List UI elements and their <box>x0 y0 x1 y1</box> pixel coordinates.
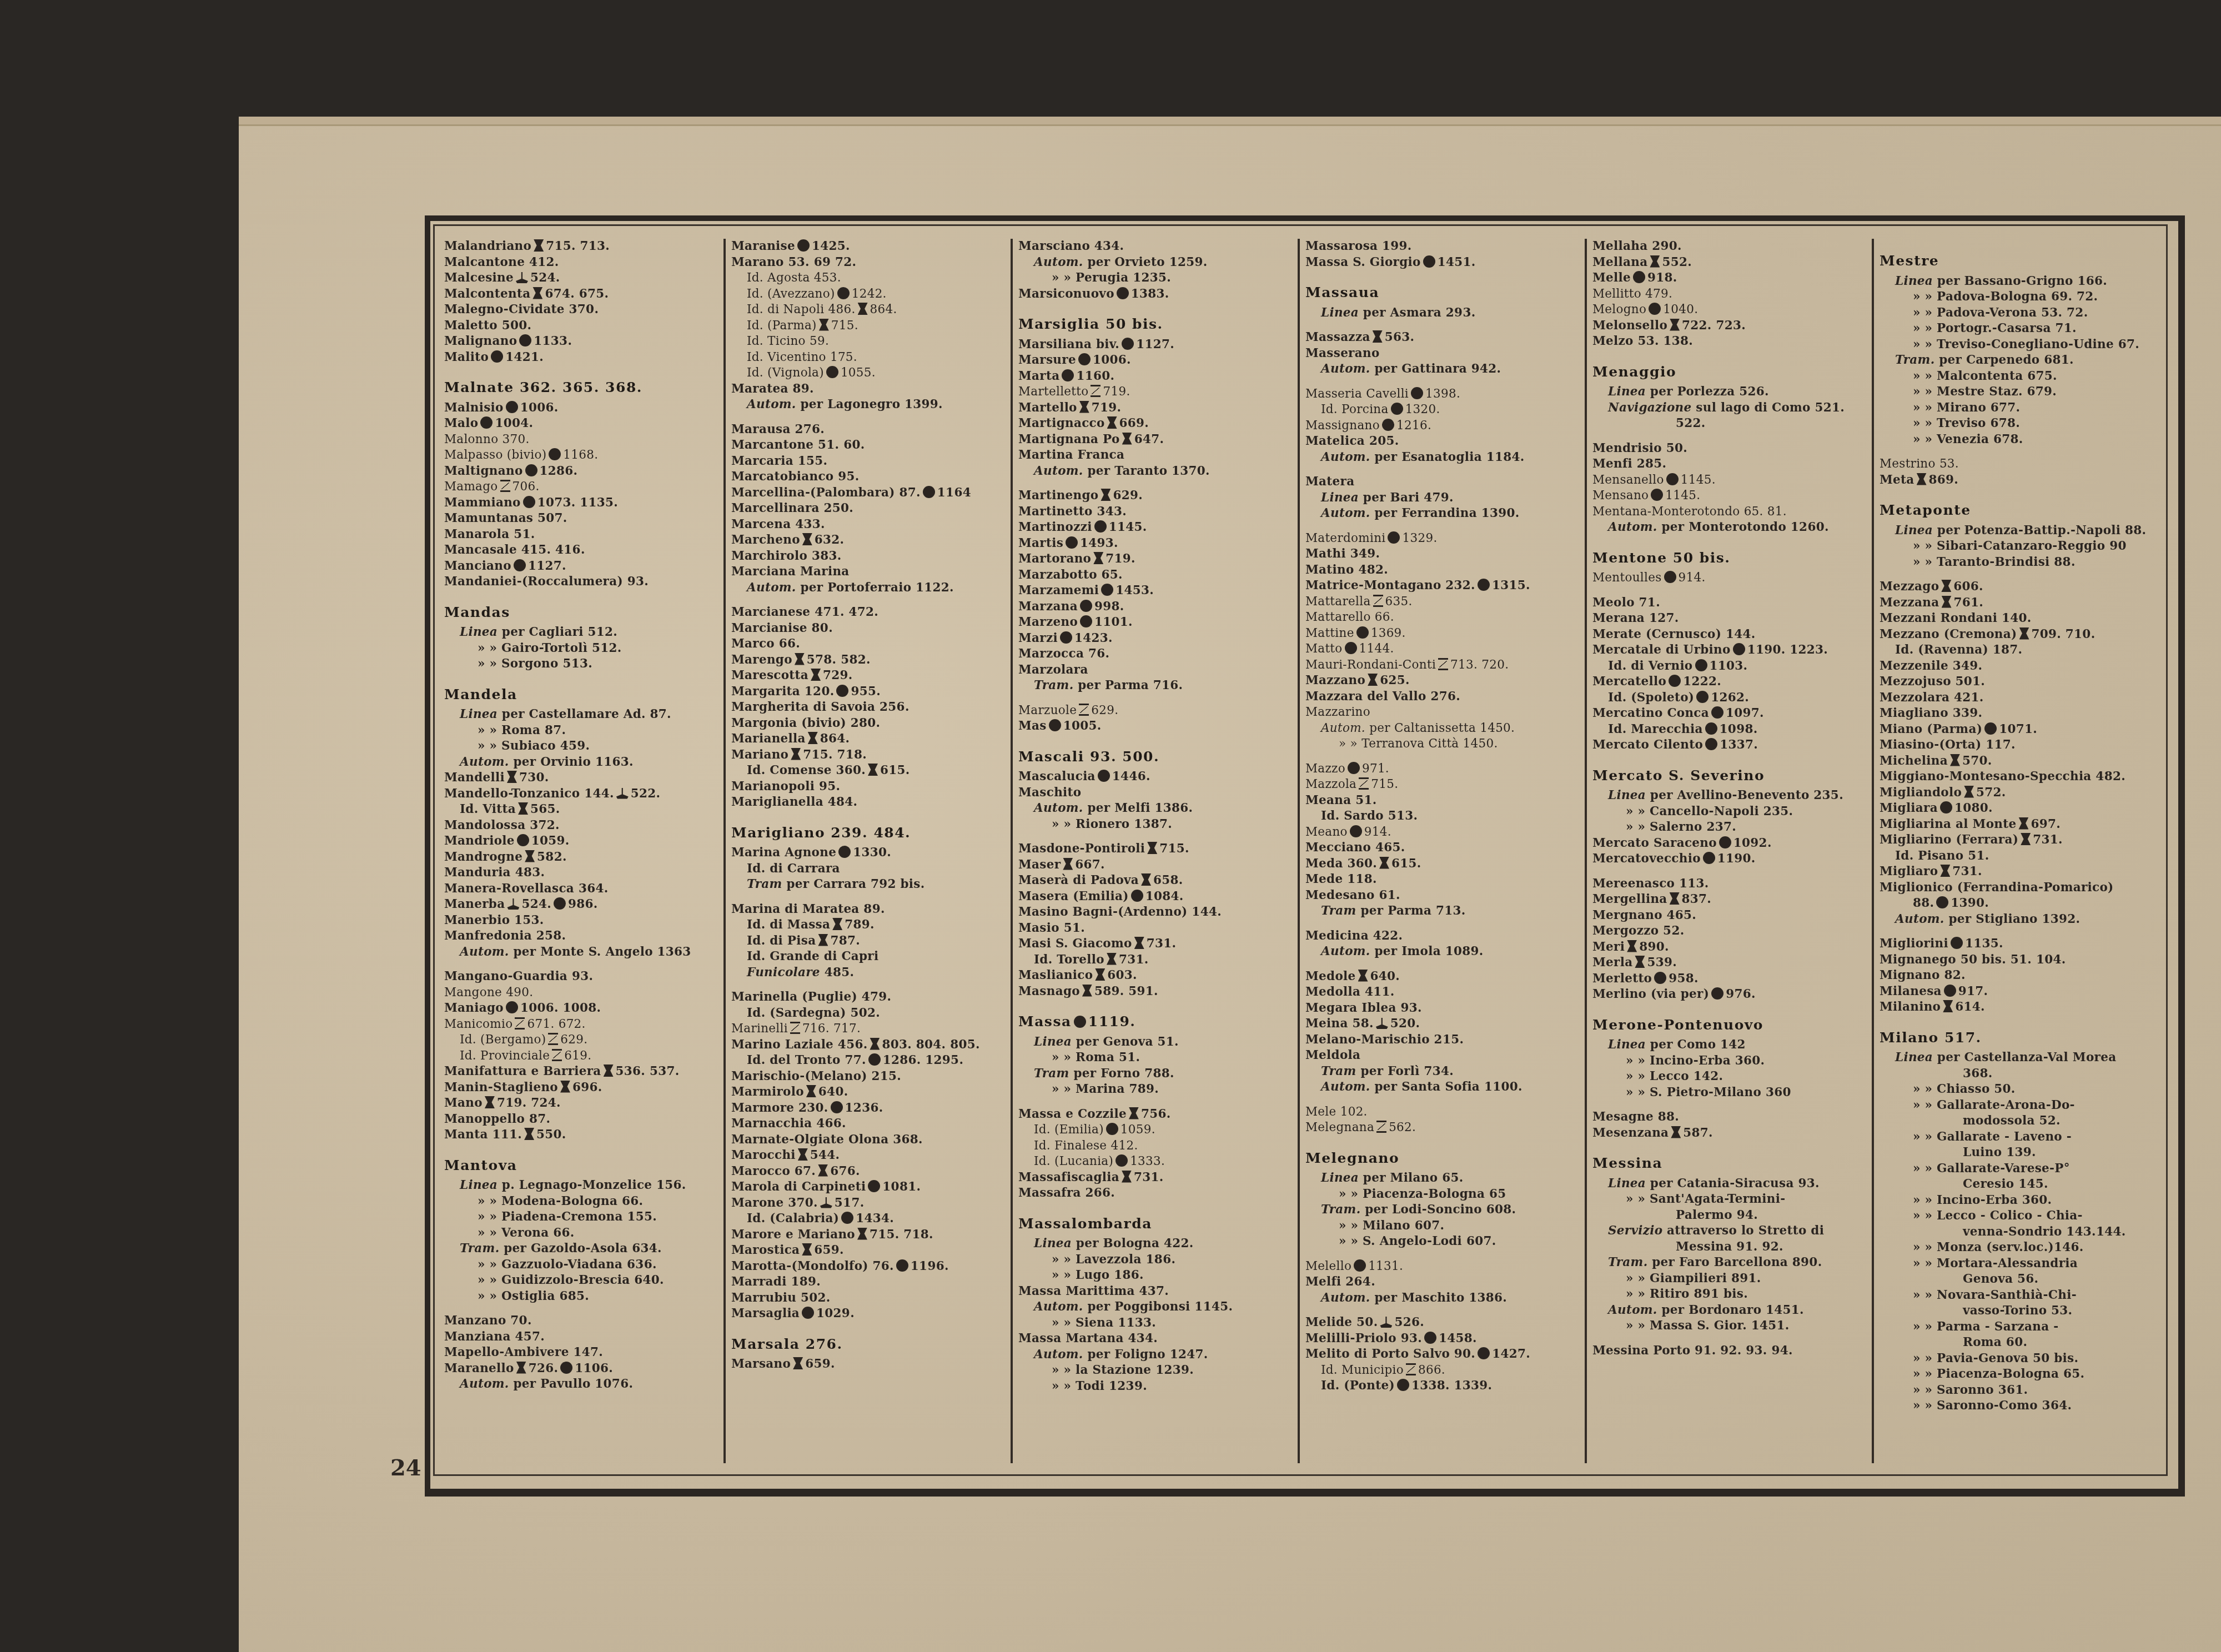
entry-text: Id. di Massa <box>747 918 830 932</box>
entry-text: Maranello <box>444 1362 514 1375</box>
service-type: Autom. <box>1321 362 1370 376</box>
entry-text: Medicina 422. <box>1305 929 1403 943</box>
table-refs: 50 bis. <box>1106 316 1163 332</box>
tram-outline-icon <box>1079 704 1089 716</box>
sub-entry: Id. Agosta 453. <box>731 270 1004 287</box>
entry-text: Marzi <box>1018 631 1058 645</box>
entry-text: Mariglianella 484. <box>731 795 857 809</box>
entry-text: per Caltanissetta 1450. <box>1369 721 1515 735</box>
sub-entry: Id. Porcina1320. <box>1305 402 1578 418</box>
entry-text: Martignana Po <box>1018 433 1120 446</box>
entry-text: » » Cancello-Napoli 235. <box>1626 805 1793 819</box>
sub-entry: » » Parma - Sarzana - <box>1880 1319 2154 1335</box>
table-refs: 731. <box>1119 953 1149 967</box>
sub-entry: Linea p. Legnago-Monzelice 156. <box>444 1178 717 1194</box>
index-entry: Malonno 370. <box>444 432 717 448</box>
spacer <box>731 981 1004 990</box>
tram-icon <box>1107 416 1117 429</box>
table-refs: 1144. <box>1359 642 1394 656</box>
table-refs: 1005. <box>1063 719 1102 733</box>
service-type: Autom. <box>747 398 796 411</box>
table-refs: 1421. <box>505 350 544 364</box>
spacer <box>1018 832 1291 841</box>
service-type: Servizio <box>1608 1224 1662 1238</box>
entry-text: Marco 66. <box>731 637 800 651</box>
sub-entry: » » Treviso 678. <box>1880 416 2154 432</box>
bus-icon <box>1984 722 1997 735</box>
service-type: Autom. <box>1321 721 1365 735</box>
entry-text: Marcianise 80. <box>731 621 833 635</box>
spacer <box>731 413 1004 422</box>
service-type: Tram. <box>1034 679 1073 692</box>
entry-text: Massignano <box>1305 419 1380 433</box>
table-refs: 1390. <box>1951 896 1989 910</box>
sub-entry: Autom. per Monte S. Angelo 1363 <box>444 945 717 961</box>
entry-text: per Santa Sofia 1100. <box>1374 1080 1522 1094</box>
entry-text: » » Modena-Bologna 66. <box>478 1194 643 1208</box>
entry-text: Maltignano <box>444 464 523 478</box>
entry-text: per Castellamare Ad. 87. <box>502 707 671 721</box>
sub-entry: » » Malcontenta 675. <box>1880 369 2154 385</box>
index-entry: Mancasale 415. 416. <box>444 543 717 559</box>
index-entry: Marsure1006. <box>1018 353 1291 369</box>
entry-text: Mazzarino <box>1305 705 1370 719</box>
sub-entry: vasso-Torino 53. <box>1880 1303 2154 1319</box>
entry-text: Manzano 70. <box>444 1314 532 1328</box>
index-column-2: Maranise1425.Marano 53. 69 72.Id. Agosta… <box>726 239 1013 1463</box>
entry-text: » » Terranova Città 1450. <box>1339 737 1498 751</box>
bus-icon <box>554 897 566 910</box>
sub-entry: » » Pavia-Genova 50 bis. <box>1880 1351 2154 1367</box>
sub-entry: Autom. per Maschito 1386. <box>1305 1291 1578 1307</box>
index-entry: Mergellina837. <box>1592 892 1865 908</box>
entry-text: attraverso lo Stretto di <box>1667 1224 1824 1238</box>
bus-icon <box>514 559 526 571</box>
index-entry: Martinengo629. <box>1018 488 1291 504</box>
sub-entry: Id. Finalese 412. <box>1018 1138 1291 1154</box>
service-type: Tram. <box>1321 1203 1360 1217</box>
bus-icon <box>1651 489 1663 501</box>
table-refs: 1320. <box>1405 403 1440 416</box>
sub-entry: Linea per Catania-Siracusa 93. <box>1592 1176 1865 1192</box>
index-entry: Mellaha 290. <box>1592 239 1865 255</box>
index-entry: Melfi 264. <box>1305 1274 1578 1291</box>
bus-icon <box>1080 600 1092 612</box>
sub-entry: Tram per Forlì 734. <box>1305 1064 1578 1080</box>
sub-entry: Autom. per Santa Sofia 1100. <box>1305 1079 1578 1096</box>
bus-icon <box>1666 473 1679 485</box>
index-entry: Melello1131. <box>1305 1259 1578 1275</box>
entry-text: » » Chiasso 50. <box>1913 1082 2016 1096</box>
sub-entry: Luino 139. <box>1880 1145 2154 1161</box>
entry-text: per Parma 713. <box>1360 904 1465 918</box>
spacer <box>1018 1098 1291 1107</box>
table-refs: 1383. <box>1131 287 1169 301</box>
index-entry: Marcellinara 250. <box>731 501 1004 517</box>
index-entry: Marcheno632. <box>731 533 1004 549</box>
sub-entry: » » Mortara-Alessandria <box>1880 1256 2154 1272</box>
table-refs: 1493. <box>1080 536 1118 550</box>
tram-icon <box>802 533 812 545</box>
index-entry: Meldola <box>1305 1048 1578 1064</box>
table-refs: 570. <box>1962 754 1992 768</box>
service-type: Tram <box>747 877 782 891</box>
entry-text: Mazzo <box>1305 762 1345 776</box>
bus-icon <box>1703 852 1715 864</box>
entry-text: per Avellino-Benevento 235. <box>1650 789 1843 802</box>
sub-entry: Autom. per Orvieto 1259. <box>1018 255 1291 271</box>
entry-text: Massafra 266. <box>1018 1186 1115 1200</box>
sub-entry: Ceresio 145. <box>1880 1177 2154 1193</box>
table-refs: 1458. <box>1439 1332 1477 1345</box>
entry-text: » » Roma 87. <box>478 724 566 737</box>
entry-text: Marsciano 434. <box>1018 239 1124 253</box>
bus-icon <box>1669 675 1681 687</box>
entry-text: Marzabotto 65. <box>1018 568 1123 582</box>
sub-entry: » » Portogr.-Casarsa 71. <box>1880 321 2154 337</box>
bus-icon <box>826 366 838 378</box>
entry-text: 88. <box>1913 896 1934 910</box>
sub-entry: » » Saronno 361. <box>1880 1383 2154 1399</box>
table-refs: 726. <box>529 1362 559 1375</box>
sub-entry: Autom. per Orvinio 1163. <box>444 755 717 771</box>
station-heading: Milano 517. <box>1880 1030 2154 1046</box>
table-refs: 803. 804. 805. <box>882 1038 979 1052</box>
service-type: Linea <box>1321 491 1359 505</box>
entry-text: Miano (Parma) <box>1880 722 1982 736</box>
tram-icon <box>1650 255 1660 268</box>
sub-entry: Autom. per Foligno 1247. <box>1018 1347 1291 1363</box>
entry-text: Michelina <box>1880 754 1948 768</box>
tram-outline-icon <box>1359 777 1369 790</box>
entry-text: » » Novara-Santhià-Chi- <box>1913 1288 2077 1302</box>
index-entry: Mecciano 465. <box>1305 840 1578 856</box>
station-heading: Messina <box>1592 1156 1865 1172</box>
table-refs: 706. <box>512 480 540 494</box>
table-refs: 239. 484. <box>831 825 911 841</box>
entry-text: Id. Municipio <box>1321 1363 1404 1377</box>
entry-text: Mezzani Rondani 140. <box>1880 611 2032 625</box>
index-entry: Marsiliana biv.1127. <box>1018 337 1291 353</box>
entry-text: Martina Franca <box>1018 448 1124 462</box>
index-entry: Marcaria 155. <box>731 454 1004 470</box>
entry-text: Marina di Maratea 89. <box>731 902 885 916</box>
index-entry: Marnate-Olgiate Olona 368. <box>731 1132 1004 1148</box>
index-entry: Mauri-Rondani-Conti713. 720. <box>1305 657 1578 674</box>
entry-text: » » Todi 1239. <box>1052 1379 1147 1393</box>
entry-text: Manduria 483. <box>444 866 545 880</box>
table-refs: 914. <box>1364 825 1391 839</box>
entry-text: Id. (Calabria) <box>747 1212 839 1226</box>
entry-text: Mellitto 479. <box>1592 287 1672 301</box>
bus-icon <box>1478 579 1490 591</box>
entry-text: » » Treviso 678. <box>1913 416 2020 430</box>
entry-text: » » Ritiro 891 bis. <box>1626 1287 1748 1301</box>
spacer <box>1880 570 2154 579</box>
tram-icon <box>791 748 801 760</box>
index-entry: Martorano719. <box>1018 551 1291 568</box>
entry-text: Mancasale 415. 416. <box>444 543 585 557</box>
sub-entry: Autom. per Taranto 1370. <box>1018 464 1291 480</box>
entry-text: Massarosa 199. <box>1305 239 1412 253</box>
sub-entry: » » Ostiglia 685. <box>444 1289 717 1305</box>
entry-text: Marrubiu 502. <box>731 1291 831 1305</box>
entry-text: Id. Porcina <box>1321 403 1389 416</box>
entry-text: Margherita di Savoia 256. <box>731 700 909 714</box>
tram-icon <box>857 1228 867 1240</box>
table-refs: 676. <box>830 1164 860 1178</box>
entry-text: Marnate-Olgiate Olona 368. <box>731 1133 923 1147</box>
index-entry: Marengo578. 582. <box>731 652 1004 669</box>
index-entry: Manicomio671. 672. <box>444 1017 717 1033</box>
index-entry: Marinelli716. 717. <box>731 1021 1004 1037</box>
index-entry: Malito1421. <box>444 350 717 366</box>
entry-text: » » Venezia 678. <box>1913 433 2023 446</box>
entry-text: Massazza <box>1305 330 1370 344</box>
service-type: Autom. <box>1321 945 1370 958</box>
bus-icon <box>802 1307 814 1319</box>
tram-icon <box>806 1085 816 1097</box>
entry-text: Migliandolo <box>1880 786 1962 800</box>
index-entry: Malcesine524. <box>444 270 717 287</box>
sub-entry: » » Incino-Erba 360. <box>1880 1193 2154 1209</box>
sub-entry: » » Perugia 1235. <box>1018 270 1291 287</box>
table-refs: 1145. <box>1681 473 1716 487</box>
sub-entry: Id. di Massa789. <box>731 917 1004 933</box>
station-heading: Mercato S. Severino <box>1592 768 1865 784</box>
table-refs: 640. <box>818 1085 848 1099</box>
sub-entry: Id. Ticino 59. <box>731 334 1004 350</box>
index-entry: Mezzojuso 501. <box>1880 674 2154 690</box>
entry-text: Malpasso (bivio) <box>444 448 546 462</box>
sub-entry: Linea per Asmara 293. <box>1305 305 1578 322</box>
entry-text: Meda 360. <box>1305 857 1377 871</box>
index-entry: Marzi1423. <box>1018 631 1291 647</box>
sub-entry: » » Milano 607. <box>1305 1218 1578 1234</box>
entry-text: Mano <box>444 1096 483 1110</box>
station-heading: Marigliano 239. 484. <box>731 825 1004 841</box>
spacer <box>1305 960 1578 969</box>
index-entry: Mapello-Ambivere 147. <box>444 1345 717 1361</box>
table-refs: 522. <box>631 787 661 801</box>
index-entry: Manifattura e Barriera536. 537. <box>444 1064 717 1080</box>
tram-icon <box>1082 985 1092 997</box>
service-type: Autom. <box>1321 1080 1370 1094</box>
station-heading: Massaua <box>1305 285 1578 301</box>
bus-icon <box>1388 531 1400 544</box>
index-entry: Marostica659. <box>731 1243 1004 1259</box>
index-entry: Maletto 500. <box>444 318 717 334</box>
spacer <box>1305 920 1578 928</box>
entry-text: Mezzano (Cremona) <box>1880 627 2017 641</box>
index-entry: Mezzago606. <box>1880 579 2154 595</box>
sub-entry: Id. Grande di Capri <box>731 949 1004 965</box>
sub-entry: Palermo 94. <box>1592 1208 1865 1224</box>
entry-text: » » Saronno-Como 364. <box>1913 1399 2072 1413</box>
entry-text: Id. (Emilia) <box>1034 1123 1104 1137</box>
sub-entry: » » Gallarate - Laveno - <box>1880 1129 2154 1146</box>
bus-icon <box>831 1101 843 1113</box>
index-entry: Mattarella635. <box>1305 594 1578 610</box>
bus-icon <box>868 1053 881 1066</box>
index-entry: Marone 370.517. <box>731 1196 1004 1212</box>
entry-text: Mestrino 53. <box>1880 457 1959 471</box>
entry-text: Malito <box>444 350 489 364</box>
entry-text: Mandaniei-(Roccalumera) 93. <box>444 575 649 589</box>
sub-entry: Id. (Bergamo)629. <box>444 1032 717 1048</box>
entry-text: Malonno 370. <box>444 433 530 446</box>
tram-icon <box>1635 956 1645 968</box>
sub-entry: Id. (Ravenna) 187. <box>1880 642 2154 659</box>
sub-entry: Id. Marecchia1098. <box>1592 722 1865 738</box>
table-refs: 50 bis. <box>1673 550 1731 566</box>
tram-icon <box>802 1243 812 1256</box>
bus-icon <box>1423 255 1435 268</box>
entry-text: modossola 52. <box>1963 1114 2061 1128</box>
sub-entry: Linea per Bari 479. <box>1305 490 1578 506</box>
table-refs: 976. <box>1726 987 1756 1001</box>
index-entry: Merletto958. <box>1592 971 1865 987</box>
entry-text: Mandrogne <box>444 850 522 864</box>
index-entry: Manzano 70. <box>444 1313 717 1329</box>
table-refs: 1425. <box>812 239 850 253</box>
sub-entry: » » Modena-Bologna 66. <box>444 1194 717 1210</box>
tram-icon <box>1141 873 1151 886</box>
entry-text: Miglionico (Ferrandina-Pomarico) <box>1880 881 2114 895</box>
entry-text: » » Gallarate-Arona-Do- <box>1913 1098 2075 1112</box>
index-entry: Migliarino (Ferrara)731. <box>1880 832 2154 848</box>
sub-entry: Autom. per Pavullo 1076. <box>444 1377 717 1393</box>
table-refs: 563. <box>1385 330 1415 344</box>
index-entry: Martis1493. <box>1018 536 1291 552</box>
bus-icon <box>1411 387 1423 399</box>
index-entry: Malnisio1006. <box>444 400 717 416</box>
entry-text: Marano 53. 69 72. <box>731 255 856 269</box>
sub-entry: Tram per Carrara 792 bis. <box>731 877 1004 893</box>
index-entry: Marradi 189. <box>731 1274 1004 1291</box>
entry-text: Marzeno <box>1018 615 1078 629</box>
entry-text: Mellaha 290. <box>1592 239 1682 253</box>
table-refs: 524. <box>521 897 551 911</box>
spacer <box>1592 432 1865 441</box>
table-refs: 669. <box>1119 416 1149 430</box>
sub-entry: Roma 60. <box>1880 1335 2154 1351</box>
index-entry: Marmore 230.1236. <box>731 1101 1004 1117</box>
table-refs: 1145. <box>1109 520 1147 534</box>
entry-text: per Lagonegro 1399. <box>800 398 942 411</box>
entry-text: Medolla 411. <box>1305 985 1395 999</box>
entry-text: » » Treviso-Conegliano-Udine 67. <box>1913 338 2139 352</box>
index-entry: Marzabotto 65. <box>1018 568 1291 584</box>
table-refs: 731. <box>1952 865 1982 878</box>
entry-text: Id. Vicentino 175. <box>747 350 857 364</box>
heading-name: Merone-Pontenuovo <box>1592 1017 1763 1033</box>
index-entry: Marina Agnone1330. <box>731 845 1004 861</box>
entry-text: Manarola 51. <box>444 528 535 541</box>
index-entry: Marzeno1101. <box>1018 615 1291 631</box>
table-refs: 582. <box>537 850 567 864</box>
entry-text: Marcatobianco 95. <box>731 470 860 484</box>
index-entry: Marcantone 51. 60. <box>731 438 1004 454</box>
table-refs: 1216. <box>1396 419 1431 433</box>
index-entry: Martignana Po647. <box>1018 432 1291 448</box>
entry-text: Mangano-Guardia 93. <box>444 970 593 983</box>
entry-text: Mezzojuso 501. <box>1880 675 1985 689</box>
entry-text: » » Piacenza-Bologna 65 <box>1339 1187 1506 1201</box>
entry-text: Marciana Marina <box>731 565 850 579</box>
entry-text: per Forlì 734. <box>1360 1064 1454 1078</box>
station-heading: Mestre <box>1880 253 2154 269</box>
entry-text: Id. (Parma) <box>747 319 817 333</box>
index-entry: Manera-Rovellasca 364. <box>444 881 717 897</box>
entry-text: Merate (Cernusco) 144. <box>1592 627 1756 641</box>
sub-entry: Tram. per Faro Barcellona 890. <box>1592 1255 1865 1271</box>
bus-icon <box>1649 303 1661 315</box>
index-entry: Manfredonia 258. <box>444 928 717 945</box>
entry-text: p. Legnago-Monzelice 156. <box>502 1178 686 1192</box>
index-entry: Margonia (bivio) 280. <box>731 716 1004 732</box>
sub-entry: Linea per Genova 51. <box>1018 1035 1291 1051</box>
sub-entry: » » Piacenza-Bologna 65. <box>1880 1367 2154 1383</box>
tram-icon <box>1134 937 1144 949</box>
table-refs: 1423. <box>1074 631 1113 645</box>
bus-icon <box>1094 520 1107 533</box>
table-refs: 1160. <box>1076 369 1114 383</box>
table-refs: 1196. <box>911 1259 949 1273</box>
index-entry: Mercatino Conca1097. <box>1592 706 1865 722</box>
index-entry: Mellana552. <box>1592 255 1865 271</box>
index-entry: Mandello-Tonzanico 144.522. <box>444 786 717 802</box>
entry-text: Mesenzana <box>1592 1126 1669 1140</box>
index-entry: Masseria Cavelli1398. <box>1305 386 1578 403</box>
service-type: Linea <box>1895 524 1933 538</box>
entry-text: Melegnana <box>1305 1121 1374 1134</box>
entry-text: » » la Stazione 1239. <box>1052 1363 1194 1377</box>
tram-icon <box>1358 970 1368 982</box>
table-refs: 1055. <box>841 366 876 380</box>
index-entry: Mazzarino <box>1305 705 1578 721</box>
table-refs: 629. <box>1091 704 1118 717</box>
sub-entry: » » Saronno-Como 364. <box>1880 1398 2154 1414</box>
page-number: 24 <box>390 1455 421 1481</box>
index-entry: Mignano 82. <box>1880 968 2154 984</box>
bus-icon <box>1940 801 1952 814</box>
entry-text: Marcena 433. <box>731 518 825 531</box>
sub-entry: » » Roma 87. <box>444 723 717 739</box>
entry-text: Milanesa <box>1880 985 1942 998</box>
entry-text: Mapello-Ambivere 147. <box>444 1345 603 1359</box>
bus-icon <box>523 496 535 508</box>
entry-text: Id. (Spoleto) <box>1608 691 1694 705</box>
entry-text: Palermo 94. <box>1676 1208 1758 1222</box>
sub-entry: » » Piadena-Cremona 155. <box>444 1209 717 1226</box>
tram-outline-icon <box>1438 658 1448 670</box>
bus-icon <box>797 239 810 252</box>
bus-icon <box>506 1001 518 1013</box>
index-entry: Martelletto719. <box>1018 384 1291 400</box>
sub-entry: Id. (Emilia)1059. <box>1018 1122 1291 1138</box>
service-type: Linea <box>1321 306 1359 320</box>
sub-entry: Id. (Ponte)1338. 1339. <box>1305 1378 1578 1394</box>
index-entry: Mattine1369. <box>1305 626 1578 642</box>
index-entry: Marsaglia1029. <box>731 1306 1004 1322</box>
table-refs: 864. <box>870 303 897 317</box>
entry-text: » » Rionero 1387. <box>1052 817 1172 831</box>
table-refs: 1222. <box>1683 675 1721 689</box>
sub-entry: Tram. per Gazoldo-Asola 634. <box>444 1241 717 1257</box>
entry-text: » » Mortara-Alessandria <box>1913 1257 2078 1271</box>
table-refs: 1084. <box>1145 890 1184 903</box>
